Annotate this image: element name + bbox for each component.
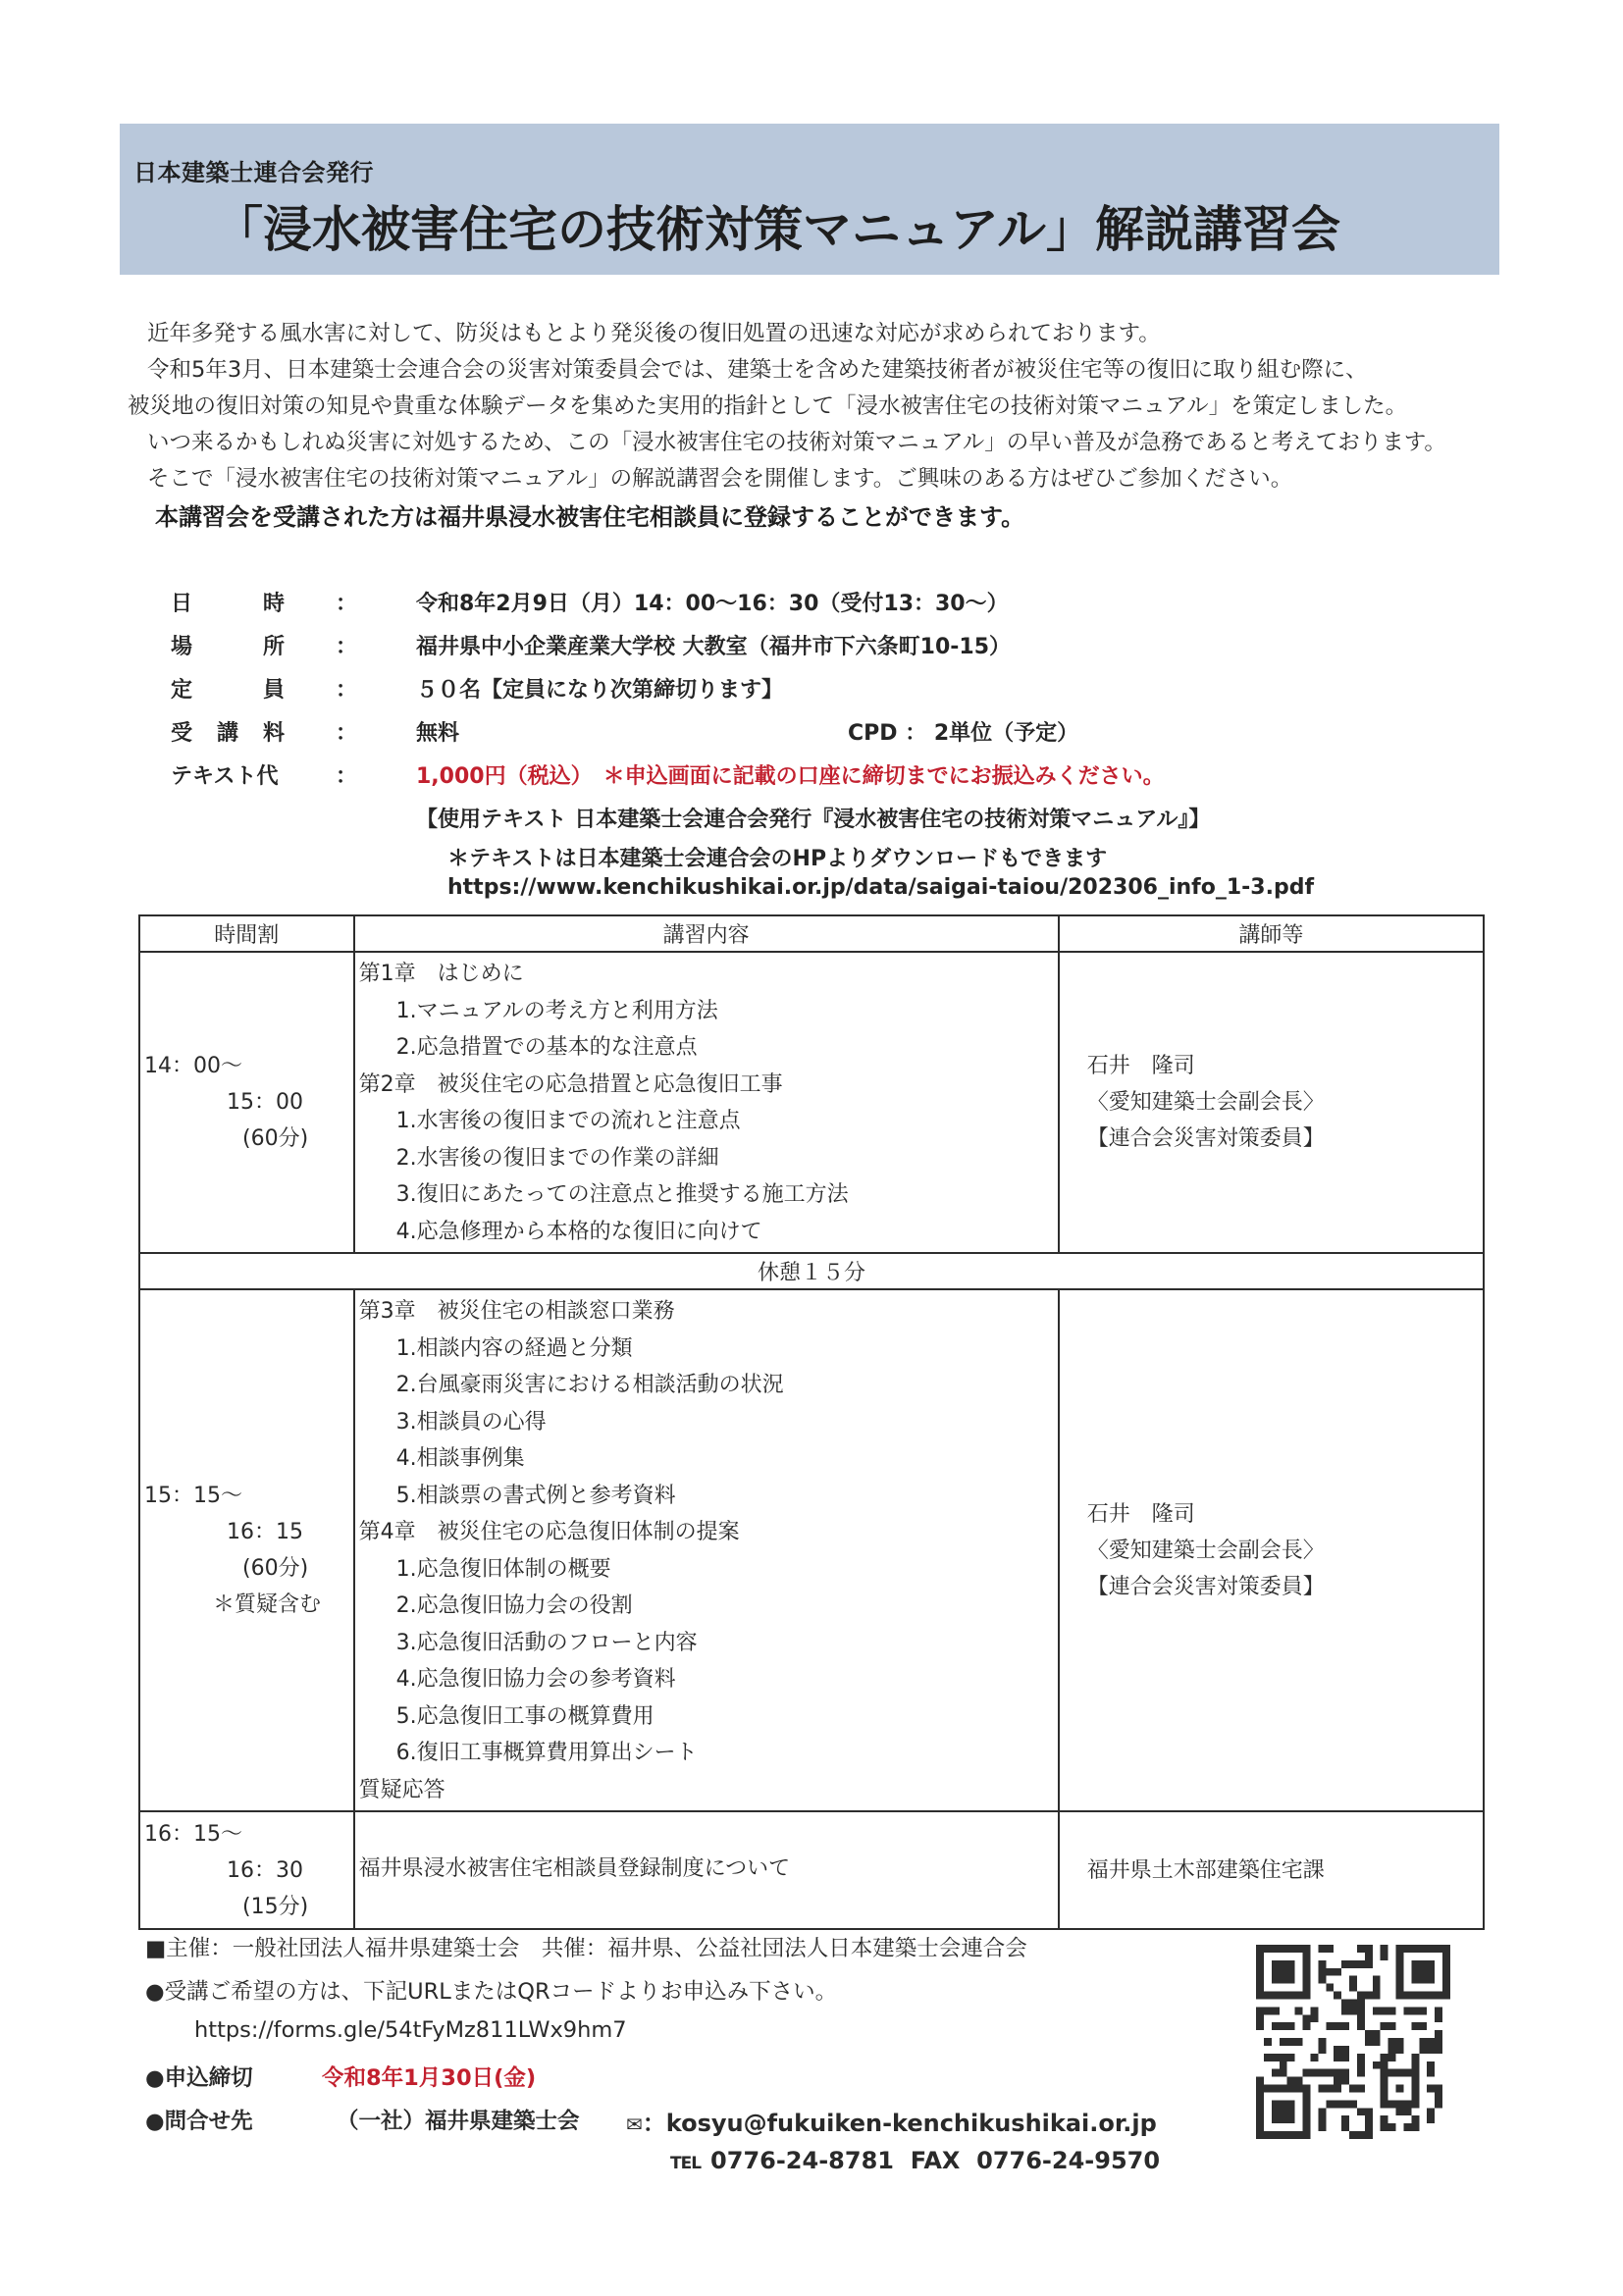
text-used-note: 【使用テキスト 日本建築士会連合会発行『浸水被害住宅の技術対策マニュアル』】 xyxy=(416,803,1210,833)
section-item: 6.復旧工事概算費用算出シート xyxy=(359,1735,1058,1772)
intro-paragraph: 令和5年3月、日本建築士会連合会の災害対策委員会では、建築士を含めた建築技術者が… xyxy=(128,352,1501,389)
label-char: 所 xyxy=(263,630,285,660)
info-text-fee: テキスト代 ： 1,000円（税込） ＊申込画面に記載の口座に締切までにお振込み… xyxy=(171,759,1486,803)
section-item: 1.応急復旧体制の概要 xyxy=(359,1551,1058,1589)
contact-label: ●問合せ先 xyxy=(145,2109,253,2134)
fax-label: FAX xyxy=(911,2147,961,2174)
info-label: 場 所 xyxy=(171,630,285,660)
lecturer-cell: 石井 隆司 〈愛知建築士会副会長〉 【連合会災害対策委員】 xyxy=(1059,1289,1484,1811)
colon: ： xyxy=(336,630,357,660)
section-item: 2.応急復旧協力会の役割 xyxy=(359,1588,1058,1625)
phone-icon: TEL xyxy=(670,2154,701,2173)
lecturer-title: 〈愛知建築士会副会長〉 xyxy=(1087,1084,1483,1121)
header-content: 講習内容 xyxy=(354,915,1059,952)
label-char: 場 xyxy=(171,630,192,660)
info-fee: 受 講 料 ： 無料 CPD ： 2単位（予定） xyxy=(171,716,1486,759)
info-label: 受 講 料 xyxy=(171,716,285,747)
label-char: 時 xyxy=(263,587,285,617)
cpd-credits: CPD ： 2単位（予定） xyxy=(848,716,1078,747)
label-char: 定 xyxy=(171,673,192,704)
time-start: 16：15～ xyxy=(140,1816,353,1852)
schedule-table: 時間割 講習内容 講師等 14：00～ 15：00 (60分) 第1章 はじめに… xyxy=(138,914,1485,1930)
section-item: 3.復旧にあたっての注意点と推奨する施工方法 xyxy=(359,1176,1058,1214)
content-cell: 福井県浸水被害住宅相談員登録制度について xyxy=(354,1811,1059,1929)
contact-phone: TEL0776-24-8781 FAX 0776-24-9570 xyxy=(670,2147,1160,2174)
section-item: 1.相談内容の経過と分類 xyxy=(359,1331,1058,1368)
section-item: 4.応急復旧協力会の参考資料 xyxy=(359,1661,1058,1698)
header-banner: 日本建築士連合会発行 「浸水被害住宅の技術対策マニュアル」解説講習会 xyxy=(120,124,1499,275)
qr-code-icon[interactable] xyxy=(1254,1945,1452,2139)
colon: ： xyxy=(336,587,357,617)
deadline-line: ●申込締切 令和8年1月30日(金) xyxy=(145,2061,1225,2104)
info-download-note: ＊テキストは日本建築士会連合会のHPよりダウンロードもできます xyxy=(171,842,1486,875)
info-date: 日 時 ： 令和8年2月9日（月）14：00～16：30（受付13：30～） xyxy=(171,587,1486,630)
contact-org: （一社）福井県建築士会 xyxy=(337,2104,580,2135)
organizer-line: ■主催：一般社団法人福井県建築士会 共催：福井県、公益社団法人日本建築士会連合会 xyxy=(145,1931,1225,1974)
section-item: 5.相談票の書式例と参考資料 xyxy=(359,1478,1058,1515)
apply-url-link[interactable]: https://forms.gle/54tFyMz811LWx9hm7 xyxy=(145,2017,1225,2061)
registration-highlight: 本講習会を受講された方は福井県浸水被害住宅相談員に登録することができます。 xyxy=(128,499,1501,536)
lecturer-role: 【連合会災害対策委員】 xyxy=(1087,1569,1483,1605)
time-start: 14：00～ xyxy=(140,1048,353,1084)
section-item: 3.応急復旧活動のフローと内容 xyxy=(359,1625,1058,1662)
break-row: 休憩１５分 xyxy=(139,1253,1484,1289)
section-item: 3.相談員の心得 xyxy=(359,1404,1058,1441)
label-char: 日 xyxy=(171,587,192,617)
time-start: 15：15～ xyxy=(140,1478,353,1514)
info-value: ５０名【定員になり次第締切ります】 xyxy=(416,673,783,704)
break-label: 休憩１５分 xyxy=(139,1253,1484,1289)
time-cell: 15：15～ 16：15 (60分) ＊質疑含む xyxy=(139,1289,354,1811)
content-cell: 第1章 はじめに 1.マニュアルの考え方と利用方法 2.応急措置での基本的な注意… xyxy=(354,952,1059,1253)
email-value: ：kosyu@fukuiken-kenchikushikai.or.jp xyxy=(643,2110,1157,2137)
time-end: 16：15 xyxy=(140,1514,353,1550)
lecturer-name: 石井 隆司 xyxy=(1087,1048,1483,1084)
info-place: 場 所 ： 福井県中小企業産業大学校 大教室（福井市下六条町10-15） xyxy=(171,630,1486,673)
info-text-used: 【使用テキスト 日本建築士会連合会発行『浸水被害住宅の技術対策マニュアル』】 xyxy=(171,803,1486,842)
label-char: 受 xyxy=(171,716,192,747)
section-item: 5.応急復旧工事の概算費用 xyxy=(359,1698,1058,1736)
content-item: 福井県浸水被害住宅相談員登録制度について xyxy=(359,1851,1058,1888)
contact-email[interactable]: ✉：kosyu@fukuiken-kenchikushikai.or.jp xyxy=(626,2104,1157,2138)
label-char: 講 xyxy=(217,716,238,747)
contact-line: ●問合せ先 （一社）福井県建築士会 ✉：kosyu@fukuiken-kench… xyxy=(145,2104,1225,2147)
publisher-label: 日本建築士連合会発行 xyxy=(133,153,374,187)
intro-paragraph: 近年多発する風水害に対して、防災はもとより発災後の復旧処置の迅速な対応が求められ… xyxy=(128,316,1501,352)
header-lecturer: 講師等 xyxy=(1059,915,1484,952)
time-note: ＊質疑含む xyxy=(140,1587,353,1623)
apply-note: ●受講ご希望の方は、下記URLまたはQRコードよりお申込み下さい。 xyxy=(145,1974,1225,2017)
chapter-title: 第4章 被災住宅の応急復旧体制の提案 xyxy=(359,1514,1058,1551)
table-row: 16：15～ 16：30 (15分) 福井県浸水被害住宅相談員登録制度について … xyxy=(139,1811,1484,1929)
intro-paragraph: いつ来るかもしれぬ災害に対処するため、この「浸水被害住宅の技術対策マニュアル」の… xyxy=(128,425,1501,461)
time-end: 16：30 xyxy=(140,1852,353,1889)
qa-item: 質疑応答 xyxy=(359,1772,1058,1809)
intro-text: 近年多発する風水害に対して、防災はもとより発災後の復旧処置の迅速な対応が求められ… xyxy=(128,316,1501,536)
info-capacity: 定 員 ： ５０名【定員になり次第締切ります】 xyxy=(171,673,1486,716)
page-title: 「浸水被害住宅の技術対策マニュアル」解説講習会 xyxy=(214,190,1340,261)
footer-info: ■主催：一般社団法人福井県建築士会 共催：福井県、公益社団法人日本建築士会連合会… xyxy=(145,1931,1225,2190)
info-download-url: https://www.kenchikushikai.or.jp/data/sa… xyxy=(171,875,1486,914)
download-note: ＊テキストは日本建築士会連合会のHPよりダウンロードもできます xyxy=(447,842,1107,872)
section-item: 2.水害後の復旧までの作業の詳細 xyxy=(359,1140,1058,1177)
info-value: 令和8年2月9日（月）14：00～16：30（受付13：30～） xyxy=(416,587,1009,617)
time-duration: (60分) xyxy=(140,1550,353,1587)
table-header-row: 時間割 講習内容 講師等 xyxy=(139,915,1484,952)
info-label: 日 時 xyxy=(171,587,285,617)
table-row: 15：15～ 16：15 (60分) ＊質疑含む 第3章 被災住宅の相談窓口業務… xyxy=(139,1289,1484,1811)
text-fee-value: 1,000円（税込） ＊申込画面に記載の口座に締切までにお振込みください。 xyxy=(416,759,1165,790)
label-char: 料 xyxy=(263,716,285,747)
tel-value: 0776-24-8781 xyxy=(710,2147,894,2174)
lecturer-cell: 福井県土木部建築住宅課 xyxy=(1059,1811,1484,1929)
time-cell: 14：00～ 15：00 (60分) xyxy=(139,952,354,1253)
time-cell: 16：15～ 16：30 (15分) xyxy=(139,1811,354,1929)
chapter-title: 第3章 被災住宅の相談窓口業務 xyxy=(359,1293,1058,1331)
intro-paragraph: そこで「浸水被害住宅の技術対策マニュアル」の解説講習会を開催します。ご興味のある… xyxy=(128,461,1501,497)
colon: ： xyxy=(336,673,357,704)
section-item: 1.マニュアルの考え方と利用方法 xyxy=(359,993,1058,1030)
chapter-title: 第2章 被災住宅の応急措置と応急復旧工事 xyxy=(359,1067,1058,1104)
info-value: 無料 xyxy=(416,716,459,747)
lecturer-name: 福井県土木部建築住宅課 xyxy=(1087,1852,1483,1889)
section-item: 4.応急修理から本格的な復旧に向けて xyxy=(359,1214,1058,1251)
section-item: 1.水害後の復旧までの流れと注意点 xyxy=(359,1103,1058,1140)
lecturer-role: 【連合会災害対策委員】 xyxy=(1087,1121,1483,1157)
intro-paragraph: 被災地の復旧対策の知見や貴重な体験データを集めた実用的指針として「浸水被害住宅の… xyxy=(128,389,1501,425)
section-item: 4.相談事例集 xyxy=(359,1440,1058,1478)
time-duration: (60分) xyxy=(140,1121,353,1157)
info-label: 定 員 xyxy=(171,673,285,704)
lecturer-title: 〈愛知建築士会副会長〉 xyxy=(1087,1533,1483,1569)
mail-icon: ✉ xyxy=(626,2113,643,2136)
content-cell: 第3章 被災住宅の相談窓口業務 1.相談内容の経過と分類 2.台風豪雨災害におけ… xyxy=(354,1289,1059,1811)
info-value: 福井県中小企業産業大学校 大教室（福井市下六条町10-15） xyxy=(416,630,1011,660)
colon: ： xyxy=(336,759,357,790)
lecturer-name: 石井 隆司 xyxy=(1087,1496,1483,1533)
lecturer-cell: 石井 隆司 〈愛知建築士会副会長〉 【連合会災害対策委員】 xyxy=(1059,952,1484,1253)
section-item: 2.台風豪雨災害における相談活動の状況 xyxy=(359,1367,1058,1404)
event-info: 日 時 ： 令和8年2月9日（月）14：00～16：30（受付13：30～） 場… xyxy=(171,587,1486,914)
section-item: 2.応急措置での基本的な注意点 xyxy=(359,1029,1058,1067)
chapter-title: 第1章 はじめに xyxy=(359,956,1058,993)
deadline-label: ●申込締切 xyxy=(145,2065,253,2091)
phone-line: TEL0776-24-8781 FAX 0776-24-9570 xyxy=(145,2147,1225,2190)
download-url-link[interactable]: https://www.kenchikushikai.or.jp/data/sa… xyxy=(447,875,1314,900)
time-duration: (15分) xyxy=(140,1889,353,1925)
colon: ： xyxy=(336,716,357,747)
fax-value: 0776-24-9570 xyxy=(976,2147,1160,2174)
label-char: 員 xyxy=(263,673,285,704)
deadline-value: 令和8年1月30日(金) xyxy=(322,2061,536,2092)
info-label: テキスト代 xyxy=(171,759,328,790)
time-end: 15：00 xyxy=(140,1084,353,1121)
header-time: 時間割 xyxy=(139,915,354,952)
table-row: 14：00～ 15：00 (60分) 第1章 はじめに 1.マニュアルの考え方と… xyxy=(139,952,1484,1253)
